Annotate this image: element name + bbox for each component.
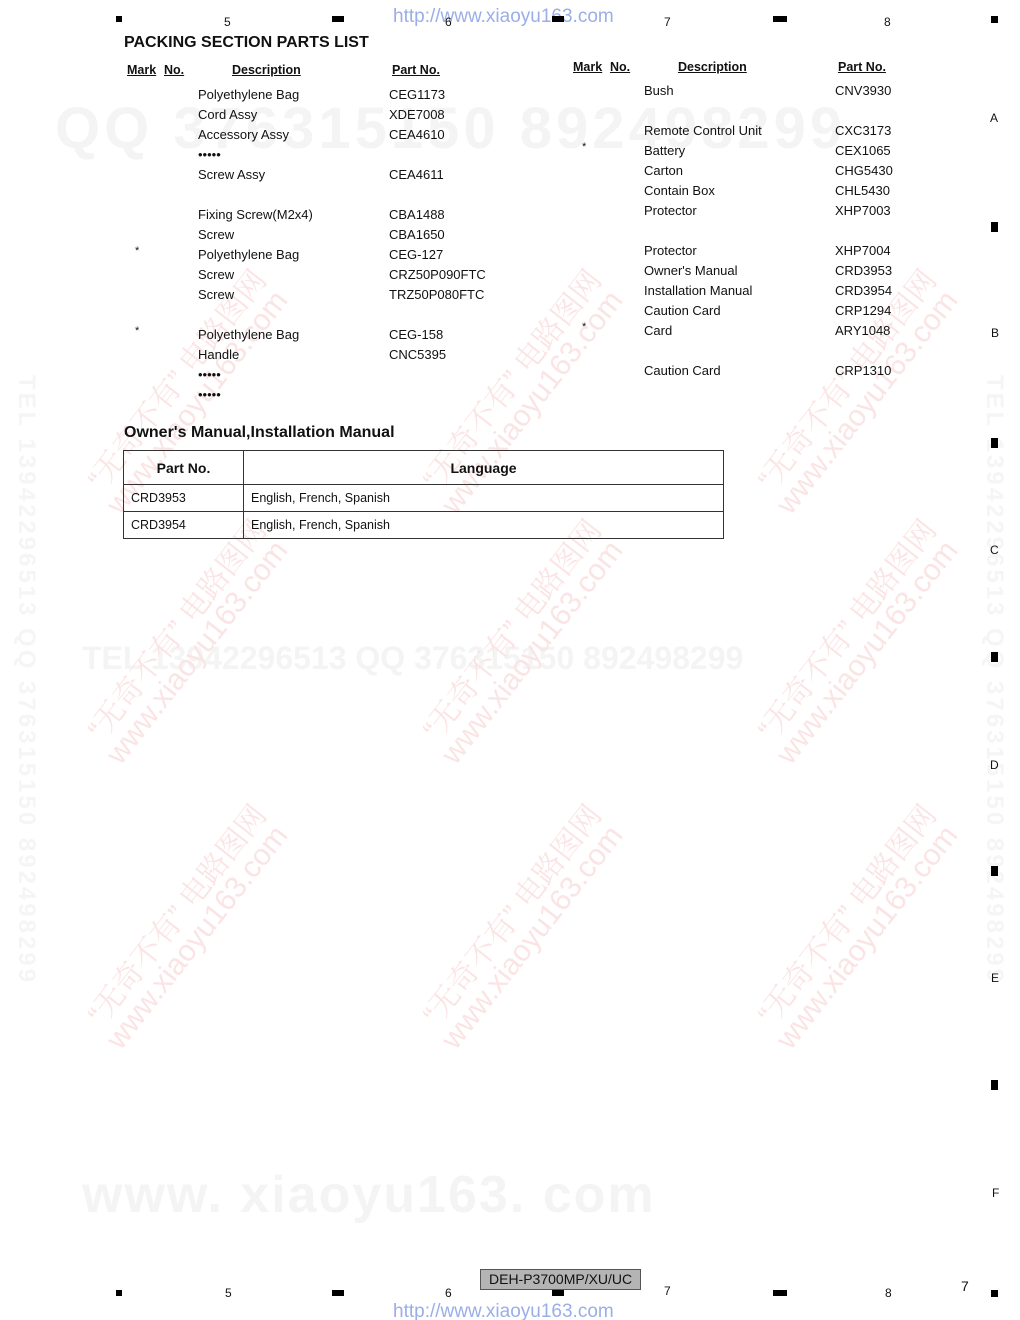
item-description: Polyethylene Bag — [198, 247, 299, 262]
header-part-no: Part No. — [838, 60, 886, 74]
item-description: Carton — [644, 163, 683, 178]
mark-cell: * — [135, 245, 139, 257]
item-description: Fixing Screw(M2x4) — [198, 207, 313, 222]
registration-marker — [991, 438, 998, 448]
item-part-number: ARY1048 — [835, 323, 890, 338]
grid-row-label: A — [990, 111, 998, 125]
item-description: Protector — [644, 243, 697, 258]
item-part-number: CRD3954 — [835, 283, 892, 298]
item-description: Bush — [644, 83, 674, 98]
column-header-part-no: Part No. — [124, 451, 244, 485]
item-description: Caution Card — [644, 303, 721, 318]
registration-marker — [991, 652, 998, 662]
watermark-url-top: http://www.xiaoyu163.com — [393, 6, 614, 28]
item-part-number: CEA4610 — [389, 127, 445, 142]
item-description: Remote Control Unit — [644, 123, 762, 138]
registration-marker — [991, 16, 998, 23]
grid-row-label: F — [992, 1186, 999, 1200]
item-part-number: CHG5430 — [835, 163, 893, 178]
item-part-number: CBA1650 — [389, 227, 445, 242]
item-part-number: CNV3930 — [835, 83, 891, 98]
item-part-number: CBA1488 — [389, 207, 445, 222]
table-row: CRD3954 English, French, Spanish — [124, 512, 724, 539]
grid-row-label: B — [991, 326, 999, 340]
mark-cell: * — [135, 325, 139, 337]
item-part-number: TRZ50P080FTC — [389, 287, 484, 302]
item-part-number: CHL5430 — [835, 183, 890, 198]
header-description: Description — [678, 60, 747, 74]
item-part-number: CEG-127 — [389, 247, 443, 262]
item-part-number: XHP7004 — [835, 243, 891, 258]
header-no: No. — [164, 63, 184, 77]
manuals-language-table: Part No. Language CRD3953 English, Frenc… — [123, 450, 724, 539]
item-description: Contain Box — [644, 183, 715, 198]
grid-column-label: 8 — [884, 15, 891, 29]
page-number: 7 — [961, 1278, 969, 1294]
watermark-diagonal: “无奇不有” 电路图网 — [410, 509, 610, 748]
cell-part-no: CRD3954 — [124, 512, 244, 539]
item-part-number: CEX1065 — [835, 143, 891, 158]
item-part-number: CEG1173 — [389, 87, 445, 102]
item-description: Owner's Manual — [644, 263, 738, 278]
item-part-number: CRP1310 — [835, 363, 891, 378]
grid-row-label: D — [990, 758, 999, 772]
grid-column-label: 5 — [224, 15, 231, 29]
item-part-number: CEG-158 — [389, 327, 443, 342]
item-description: Battery — [644, 143, 685, 158]
registration-marker — [332, 16, 344, 22]
registration-marker — [991, 866, 998, 876]
item-description: Protector — [644, 203, 697, 218]
registration-marker — [991, 222, 998, 232]
watermark-diagonal: “无奇不有” 电路图网 — [745, 794, 945, 1033]
header-mark: Mark — [127, 63, 156, 77]
watermark-side-left: TEL 13942296513 QQ 376315150 892498299 — [12, 375, 40, 985]
item-part-number: CEA4611 — [389, 167, 444, 182]
grid-column-label: 8 — [885, 1286, 892, 1300]
item-description: Installation Manual — [644, 283, 752, 298]
item-part-number: CNC5395 — [389, 347, 446, 362]
item-description: ••••• — [198, 367, 221, 382]
item-description: Handle — [198, 347, 239, 362]
item-part-number: CRP1294 — [835, 303, 891, 318]
model-number-badge: DEH-P3700MP/XU/UC — [480, 1269, 641, 1290]
section-title-manuals: Owner's Manual,Installation Manual — [124, 424, 395, 442]
table-header-row: Part No. Language — [124, 451, 724, 485]
cell-part-no: CRD3953 — [124, 485, 244, 512]
item-description: Screw — [198, 267, 234, 282]
watermark-side-right: TEL 13942296513 QQ 376315150 892498299 — [980, 375, 1008, 985]
cell-language: English, French, Spanish — [244, 512, 724, 539]
watermark-diagonal: “无奇不有” 电路图网 — [745, 509, 945, 748]
grid-row-label: E — [991, 971, 999, 985]
cell-language: English, French, Spanish — [244, 485, 724, 512]
table-row: CRD3953 English, French, Spanish — [124, 485, 724, 512]
registration-marker — [552, 1290, 564, 1296]
grid-column-label: 7 — [664, 15, 671, 29]
grid-row-label: C — [990, 543, 999, 557]
grid-column-label: 7 — [664, 1284, 671, 1298]
registration-marker — [116, 16, 122, 22]
item-description: ••••• — [198, 147, 221, 162]
header-description: Description — [232, 63, 301, 77]
item-part-number: CXC3173 — [835, 123, 891, 138]
registration-marker — [773, 16, 787, 22]
item-part-number: CRZ50P090FTC — [389, 267, 486, 282]
item-description: Polyethylene Bag — [198, 87, 299, 102]
registration-marker — [332, 1290, 344, 1296]
item-description: Cord Assy — [198, 107, 257, 122]
grid-column-label: 5 — [225, 1286, 232, 1300]
item-description: Polyethylene Bag — [198, 327, 299, 342]
watermark-diagonal: “无奇不有” 电路图网 — [75, 509, 275, 748]
grid-column-label: 6 — [445, 1286, 452, 1300]
item-description: Screw — [198, 287, 234, 302]
item-description: Accessory Assy — [198, 127, 289, 142]
watermark-url-bottom: www. xiaoyu163. com — [82, 1165, 656, 1225]
item-part-number: CRD3953 — [835, 263, 892, 278]
registration-marker — [552, 16, 564, 22]
column-header-language: Language — [244, 451, 724, 485]
header-mark: Mark — [573, 60, 602, 74]
registration-marker — [773, 1290, 787, 1296]
item-description: Screw Assy — [198, 167, 265, 182]
header-part-no: Part No. — [392, 63, 440, 77]
header-no: No. — [610, 60, 630, 74]
registration-marker — [991, 1080, 998, 1090]
mark-cell: * — [582, 141, 586, 153]
section-title-packing: PACKING SECTION PARTS LIST — [124, 34, 369, 52]
registration-marker — [991, 1290, 998, 1297]
watermark-diagonal: “无奇不有” 电路图网 — [410, 794, 610, 1033]
grid-column-label: 6 — [445, 15, 452, 29]
watermark-diagonal: “无奇不有” 电路图网 — [75, 794, 275, 1033]
item-description: ••••• — [198, 387, 221, 402]
item-part-number: XHP7003 — [835, 203, 891, 218]
mark-cell: * — [582, 321, 586, 333]
item-description: Caution Card — [644, 363, 721, 378]
item-part-number: XDE7008 — [389, 107, 445, 122]
watermark-url-bottom-link: http://www.xiaoyu163.com — [393, 1301, 614, 1320]
item-description: Screw — [198, 227, 234, 242]
item-description: Card — [644, 323, 672, 338]
registration-marker — [116, 1290, 122, 1296]
